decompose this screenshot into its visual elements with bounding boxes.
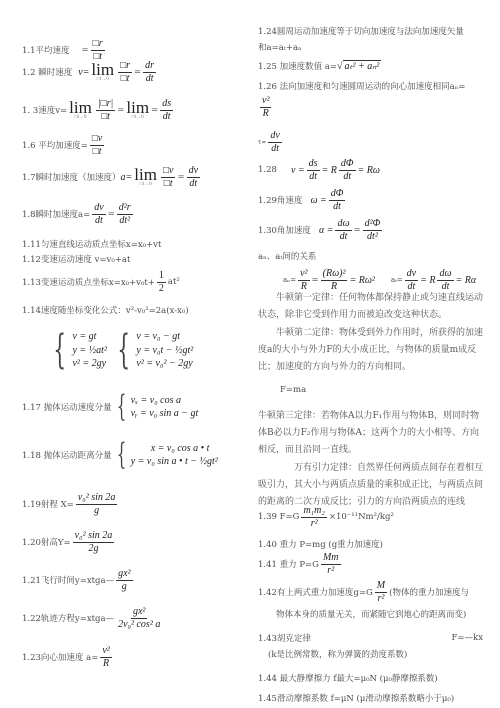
formula-label: 1.42有上两式重力加速度g=G: [258, 586, 373, 598]
denominator: □t: [99, 111, 112, 123]
denominator: dt: [93, 215, 105, 227]
left-brace-icon: {: [116, 440, 126, 470]
formula-label: 1.22轨迹方程y=xtga—: [22, 612, 114, 624]
formula-text: 1.12变速运动速度 v=v₀+at: [22, 253, 130, 265]
formula-1-29: 1.29角速度 ω = dΦdt: [258, 188, 347, 212]
formula-1-2: 1.2 瞬时速度 v= lim□t→0 □r□t = drdt: [22, 60, 158, 84]
numerator: v²: [260, 95, 271, 108]
numerator: □r: [118, 60, 132, 73]
formula-label: 1.2 瞬时速度: [22, 66, 72, 78]
formula-label: 1.39 F=G: [258, 512, 299, 522]
numerator: (Rω)²: [321, 268, 348, 281]
lhs: v=: [78, 67, 89, 78]
denominator: dt²: [365, 231, 380, 243]
lim-word: lim: [69, 100, 92, 115]
newton-second-law: 牛顿第二定律：物体受到外力作用时，所获得的加速度a的大小与外力F的大小成正比，与…: [258, 325, 483, 376]
fraction: |□r|□t: [96, 98, 115, 122]
numerator: ds: [160, 98, 173, 111]
radicand: aₜ² + aₙ²: [343, 60, 382, 72]
newton-first-law: 牛顿第一定律：任何物体都保持静止或匀速直线运动状态，除非它受到作用力而被迫改变这…: [258, 290, 483, 324]
equation: y = v₀t − ½gt²: [136, 344, 193, 358]
denominator: dt: [187, 178, 199, 190]
fraction: m₁m₂r²: [301, 505, 326, 529]
denominator: g: [92, 505, 101, 517]
formula-tail: = Rω²: [349, 275, 374, 286]
left-brace-icon: {: [116, 392, 126, 422]
lim-word: lim: [91, 62, 114, 77]
formula-label: 1. 3速度v=: [22, 104, 67, 116]
fraction: drdt: [143, 60, 156, 84]
formula-text: 物体本身的质量无关，而紧随它到地心的距离而变): [276, 608, 466, 620]
formula-text: 1.40 重力 P=mg (g重力加速度): [258, 538, 383, 550]
equation: y = v₀ sin a • t − ½gt²: [131, 455, 218, 469]
lhs: ω =: [310, 195, 326, 206]
formula-1-21: 1.21飞行时间y=xtga— gx²g: [22, 568, 135, 592]
denominator: 2g: [86, 543, 100, 555]
formula-text: F=ma: [280, 385, 306, 395]
relation-formulas: aₙ= v²R = (Rω)²R = Rω² aₜ= dvdt = R dωdt…: [283, 268, 476, 292]
formula-label: 1.21飞行时间y=xtga—: [22, 574, 114, 586]
equation: v = gt: [72, 330, 106, 344]
equals: =: [134, 67, 141, 77]
formula-1-42-line2: 物体本身的质量无关，而紧随它到地心的距离而变): [276, 608, 466, 620]
denominator: dt: [307, 171, 319, 183]
equation: v² = 2gy: [72, 357, 106, 371]
equation-list: v = gt y = ½at² v² = 2gy: [72, 330, 106, 371]
fraction: dvdt: [187, 165, 200, 189]
numerator: gx²: [131, 606, 147, 619]
fraction: □r□t: [91, 38, 105, 62]
section-title: aₙ、aₜ间的关系: [258, 250, 316, 262]
numerator: gx²: [116, 568, 132, 581]
formula-label: 1.7瞬时加速度（加速度）: [22, 171, 121, 183]
formula-label: 1.29角速度: [258, 194, 302, 206]
formula-label: 1.41 重力 P=G: [258, 558, 319, 570]
formula-1-42: 1.42有上两式重力加速度g=G Mr² (物体的重力加速度与: [258, 580, 469, 604]
formula-text: 和a=aₜ+aₙ: [258, 40, 302, 56]
formula-1-39: 1.39 F=G m₁m₂r² ×10⁻¹¹Nm²/kg²: [258, 505, 394, 529]
gravitation-law: 万有引力定律：自然界任何两质点间存在着相互吸引力，其大小与两质点质量的乘积成正比…: [258, 460, 483, 511]
formula-1-6: 1.6 平均加速度= □v□t: [22, 133, 106, 157]
fraction: (Rω)²R: [321, 268, 348, 292]
numerator: 1: [157, 270, 166, 283]
equation: x = v₀ cos a • t: [131, 442, 218, 456]
equation-list: v = v₀ − gt y = v₀t − ½gt² v² = v₀² − 2g…: [136, 330, 193, 371]
numerator: dr: [143, 60, 156, 73]
equation-list: vₓ = v₀ cos a vᵧ = v₀ sin a − gt: [131, 394, 199, 421]
formula-1-24: 1.24圆周运动加速度等于切向加速度与法向加速度矢量 和a=aₜ+aₙ: [258, 24, 464, 56]
distance-components: { x = v₀ cos a • t y = v₀ sin a • t − ½g…: [112, 440, 218, 470]
equation: y = ½at²: [72, 344, 106, 358]
fraction: dΦdt: [339, 158, 356, 182]
fraction: v²R: [298, 268, 309, 292]
relation-title: aₙ、aₜ间的关系: [258, 250, 316, 262]
formula-1-8: 1.8瞬时加速度a= dvdt = d²rdt²: [22, 202, 135, 226]
denominator: R: [261, 108, 271, 120]
formula-1-23: 1.23向心加速度 a= v²R: [22, 645, 114, 669]
formula-1-26: 1.26 法向加速度和匀速圆周运动的向心加速度相同aₙ=: [258, 80, 466, 92]
formula-tail: at²: [168, 277, 180, 287]
denominator: dt²: [117, 215, 132, 227]
fraction: 12: [157, 270, 166, 294]
denominator: dt: [161, 111, 173, 123]
formula-1-43-note: (k是比例常数，称为弹簧的劲度系数): [268, 648, 407, 660]
denominator: dt: [341, 171, 353, 183]
fraction: dvdt: [92, 202, 105, 226]
lim-sub: □t→0: [132, 115, 144, 120]
left-brace-icon: {: [53, 330, 66, 370]
formula-label: 1.18 抛体运动距离分量: [22, 449, 112, 461]
formula-1-7: 1.7瞬时加速度（加速度） a= lim□t→0 □v□t = dvdt: [22, 165, 202, 189]
numerator: |□r|: [96, 98, 115, 111]
formula-label: 1.8瞬时加速度a=: [22, 208, 90, 220]
fraction: v²R: [260, 95, 271, 119]
formula-label: 1.17 抛体运动速度分量: [22, 401, 112, 413]
denominator: r²: [309, 518, 320, 530]
formula-1-30: 1.30角加速度 α = dωdt = d²Φdt²: [258, 218, 384, 242]
formula-label: 1.25 加速度数值 a=: [258, 60, 337, 72]
fraction: v₀² sin 2ag: [76, 492, 118, 516]
formula-1-43: 1.43胡克定律 F=—kx: [258, 632, 483, 644]
formula-1-41: 1.41 重力 P=G Mmr²: [258, 552, 343, 576]
numerator: dv: [268, 130, 281, 143]
fraction: v₀² sin 2a2g: [73, 530, 115, 554]
formula-label: 1.26 法向加速度和匀速圆周运动的向心加速度相同aₙ=: [258, 80, 466, 92]
formula-1-3: 1. 3速度v= lim□t→0 |□r|□t = lim□t→0 = dsdt: [22, 98, 175, 122]
equation: v² = v₀² − 2gy: [136, 357, 193, 371]
formula-1-12: 1.12变速运动速度 v=v₀+at: [22, 253, 130, 265]
lim-sub: □t→0: [97, 77, 109, 82]
formula-1-25: 1.25 加速度数值 a= √aₜ² + aₙ²: [258, 60, 381, 72]
fraction: gx²g: [116, 568, 132, 592]
formula-label: 1.20射高Y=: [22, 536, 71, 548]
formula-1-13: 1.13变速运动质点坐标x=x₀+v₀t+ 12 at²: [22, 270, 180, 294]
formula-1-14: 1.14速度随坐标变化公式：v²-v₀²=2a(x-x₀): [22, 304, 189, 316]
free-fall-system: { v = gt y = ½at² v² = 2gy: [47, 330, 107, 371]
lim-sub: □t→0: [140, 182, 152, 187]
formula-text: 1.14速度随坐标变化公式：v²-v₀²=2a(x-x₀): [22, 304, 189, 316]
numerator: ds: [307, 158, 320, 171]
numerator: dv: [92, 202, 105, 215]
denominator: □t: [162, 178, 175, 190]
denominator: 2: [157, 283, 166, 295]
fraction: dsdt: [307, 158, 320, 182]
fraction: Mmr²: [321, 552, 341, 576]
formula-1-19: 1.19射程 X= v₀² sin 2ag: [22, 492, 119, 516]
formula-tail: ×10⁻¹¹Nm²/kg²: [329, 512, 394, 522]
formula-tail: = Rα: [456, 275, 477, 286]
numerator: dω: [335, 218, 351, 231]
lhs: α =: [319, 225, 334, 236]
fraction: dvdt: [268, 130, 281, 154]
equals: =: [82, 45, 89, 55]
fraction: dωdt: [335, 218, 351, 242]
fraction: dvdt: [405, 268, 418, 292]
formula-text: 1.11匀速直线运动质点坐标x=x₀+vt: [22, 238, 161, 250]
numerator: □r: [91, 38, 105, 51]
denominator: dt: [144, 73, 156, 85]
lim-sub: □t→0: [75, 115, 87, 120]
formula-tail: (物体的重力加速度与: [389, 586, 469, 598]
fraction: □r□t: [118, 60, 132, 84]
formula-label: 1.13变速运动质点坐标x=x₀+v₀t+: [22, 276, 155, 288]
numerator: d²r: [117, 202, 133, 215]
formula-text: F=—kx: [452, 633, 483, 643]
limit: lim□t→0: [69, 100, 92, 120]
formula-1-26-fraction: v²R: [258, 95, 273, 119]
equation: v = v₀ − gt: [136, 330, 193, 344]
fraction: d²Φdt²: [363, 218, 383, 242]
lhs: v =: [291, 165, 305, 176]
note-text: (k是比例常数，称为弹簧的劲度系数): [268, 648, 407, 660]
formula-label: 1.6 平均加速度=: [22, 139, 88, 151]
denominator: R: [101, 658, 111, 670]
newton-third-law: 牛顿第三定律：若物体A以力F₁作用与物体B，则同时物体B必以力F₂作用与物体A；…: [258, 408, 483, 459]
denominator: □t: [91, 146, 104, 158]
formula-1-17: 1.17 抛体运动速度分量 { vₓ = v₀ cos a vᵧ = v₀ si…: [22, 392, 198, 422]
denominator: dt: [269, 143, 281, 155]
lim-word: lim: [126, 100, 149, 115]
denominator: dt: [331, 201, 343, 213]
formula-label: 1.43胡克定律: [258, 632, 311, 644]
numerator: dv: [405, 268, 418, 281]
denominator: 2v₀² cos² a: [116, 619, 162, 631]
formula-1-27: τ= dvdt: [258, 130, 284, 154]
numerator: v₀² sin 2a: [76, 492, 118, 505]
numerator: M: [375, 580, 387, 593]
formula-1-28: 1.28 v = dsdt = R dΦdt = Rω: [258, 158, 380, 182]
fraction: Mr²: [375, 580, 387, 604]
limit: lim□t→0: [134, 167, 157, 187]
numerator: dΦ: [329, 188, 346, 201]
formula-1-20: 1.20射高Y= v₀² sin 2a2g: [22, 530, 116, 554]
fraction: d²rdt²: [117, 202, 133, 226]
numerator: □v: [90, 133, 104, 146]
velocity-components: { vₓ = v₀ cos a vᵧ = v₀ sin a − gt: [112, 392, 199, 422]
numerator: □v: [161, 165, 175, 178]
fraction: □v□t: [90, 133, 104, 157]
formula-text: 1.24圆周运动加速度等于切向加速度与法向加速度矢量: [258, 24, 464, 40]
denominator: r²: [325, 565, 336, 577]
equation: vᵧ = v₀ sin a − gt: [131, 407, 199, 421]
formula-label: 1.23向心加速度 a=: [22, 651, 98, 663]
lim-word: lim: [134, 167, 157, 182]
formula-1-1: 1.1平均速度 = □r□t: [22, 38, 107, 62]
equals: =: [108, 209, 115, 219]
formula-tail: = Rω: [358, 165, 380, 176]
left-brace-icon: {: [117, 330, 130, 370]
equals: =: [312, 275, 319, 285]
lhs: aₙ=: [283, 276, 296, 284]
formula-1-44: 1.44 最大静摩擦力 f最大=μ₀N (μ₀静摩擦系数): [258, 672, 438, 684]
numerator: d²Φ: [363, 218, 383, 231]
numerator: Mm: [321, 552, 341, 565]
formula-1-40: 1.40 重力 P=mg (g重力加速度): [258, 538, 383, 550]
middle: = R: [322, 165, 337, 176]
formula-label: 1.30角加速度: [258, 224, 311, 236]
lhs: a=: [121, 172, 133, 183]
denominator: g: [120, 581, 129, 593]
numerator: dΦ: [339, 158, 356, 171]
formula-1-45: 1.45滑动摩擦系数 f=μN (μ滑动摩擦系数略小于μ₀): [258, 692, 454, 704]
formula-text: 1.45滑动摩擦系数 f=μN (μ滑动摩擦系数略小于μ₀): [258, 692, 454, 704]
numerator: v²: [298, 268, 309, 281]
denominator: r²: [376, 593, 387, 605]
equals: =: [354, 225, 361, 235]
numerator: m₁m₂: [301, 505, 326, 518]
lhs: aₜ=: [391, 276, 403, 284]
formula-1-18: 1.18 抛体运动距离分量 { x = v₀ cos a • t y = v₀ …: [22, 440, 218, 470]
formula-1-22: 1.22轨迹方程y=xtga— gx²2v₀² cos² a: [22, 606, 164, 630]
formula-text: 1.44 最大静摩擦力 f最大=μ₀N (μ₀静摩擦系数): [258, 672, 438, 684]
equation-list: x = v₀ cos a • t y = v₀ sin a • t − ½gt²: [131, 442, 218, 469]
formula-1-11: 1.11匀速直线运动质点坐标x=x₀+vt: [22, 238, 161, 250]
fraction: v²R: [100, 645, 111, 669]
denominator: □t: [119, 73, 132, 85]
fraction: dΦdt: [329, 188, 346, 212]
limit: lim□t→0: [91, 62, 114, 82]
formula-label: 1.1平均速度: [22, 44, 70, 56]
numerator: dω: [437, 268, 453, 281]
fraction: □v□t: [161, 165, 175, 189]
formula-label: 1.28: [258, 165, 277, 175]
equals: =: [117, 105, 124, 115]
numerator: v²: [100, 645, 111, 658]
equals: =: [151, 105, 158, 115]
lhs: τ=: [258, 139, 266, 146]
formula-1-15-1-16: { v = gt y = ½at² v² = 2gy { v = v₀ − gt…: [47, 330, 193, 371]
formula-label: 1.19射程 X=: [22, 498, 74, 510]
fraction: dωdt: [437, 268, 453, 292]
formula-f-ma: F=ma: [280, 385, 306, 395]
fraction: gx²2v₀² cos² a: [116, 606, 162, 630]
numerator: dv: [187, 165, 200, 178]
numerator: v₀² sin 2a: [73, 530, 115, 543]
equation: vₓ = v₀ cos a: [131, 394, 199, 408]
denominator: dt: [338, 231, 350, 243]
vertical-throw-system: { v = v₀ − gt y = v₀t − ½gt² v² = v₀² − …: [111, 330, 193, 371]
middle: = R: [420, 275, 435, 286]
equals: =: [177, 172, 184, 182]
limit: lim□t→0: [126, 100, 149, 120]
fraction: dsdt: [160, 98, 173, 122]
